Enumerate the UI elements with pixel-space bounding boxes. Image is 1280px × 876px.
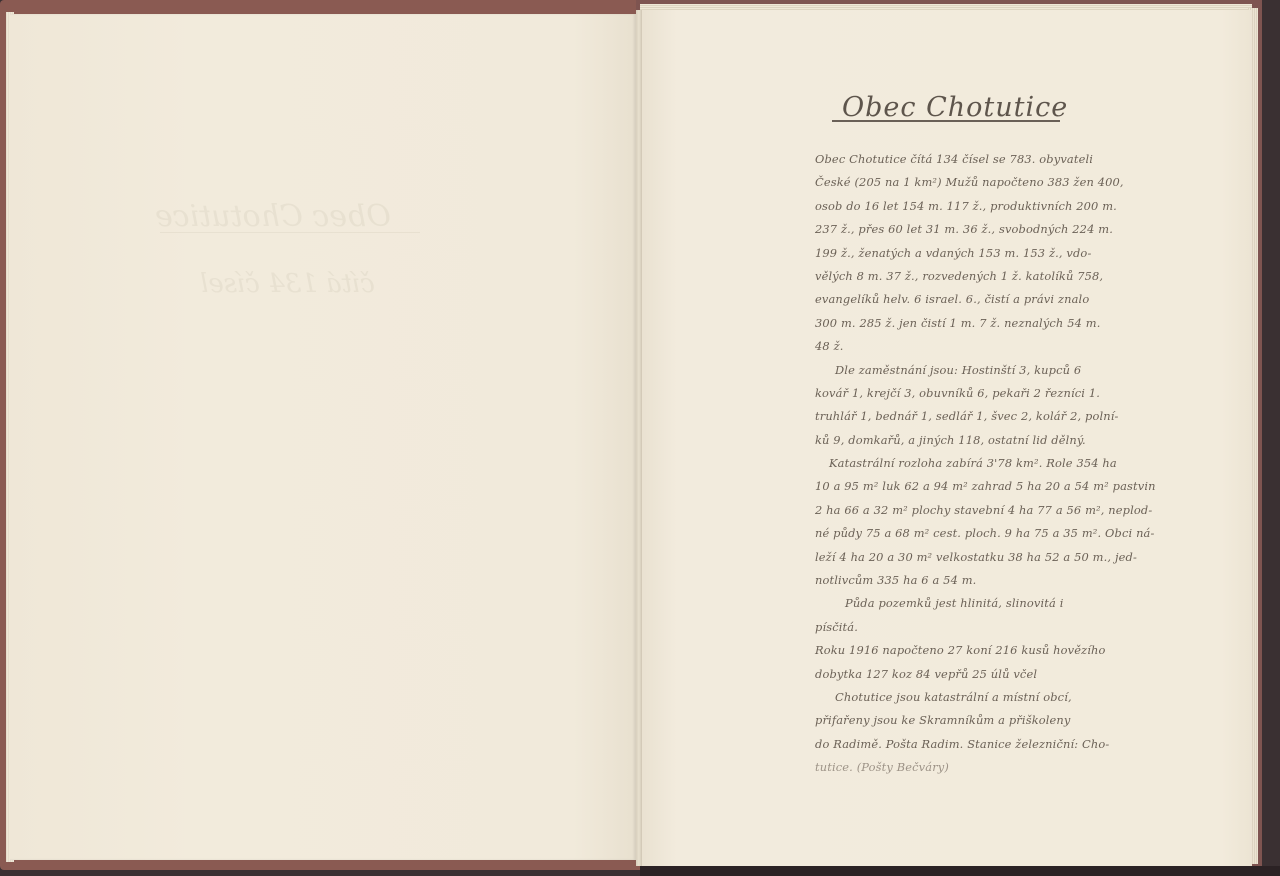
text-line: evangelíků helv. 6 israel. 6., čistí a p… (815, 288, 1227, 311)
text-line: přifařeny jsou ke Skramníkům a přiškolen… (815, 709, 1227, 732)
text-line: České (205 na 1 km²) Mužů napočteno 383 … (815, 171, 1227, 194)
text-line: notlivcům 335 ha 6 a 54 m. (815, 569, 1227, 592)
page-title: Obec Chotutice (842, 92, 1068, 123)
text-line: kovář 1, krejčí 3, obuvníků 6, pekaři 2 … (815, 382, 1227, 405)
text-line: Roku 1916 napočteno 27 koní 216 kusů hov… (815, 639, 1227, 662)
text-line: Dle zaměstnání jsou: Hostinští 3, kupců … (815, 359, 1227, 382)
text-line: 48 ž. (815, 335, 1227, 358)
text-line: 300 m. 285 ž. jen čistí 1 m. 7 ž. neznal… (815, 312, 1227, 335)
text-line: do Radimě. Pošta Radim. Stanice železnič… (815, 733, 1227, 756)
left-page: Obec Chotutice čítá 134 čísel (10, 14, 636, 860)
text-line: truhlář 1, bednář 1, sedlář 1, švec 2, k… (815, 405, 1227, 428)
text-line: Chotutice jsou katastrální a místní obcí… (815, 686, 1227, 709)
text-line: 237 ž., přes 60 let 31 m. 36 ž., svobodn… (815, 218, 1227, 241)
text-line: dobytka 127 koz 84 vepřů 25 úlů včel (815, 663, 1227, 686)
text-line: vělých 8 m. 37 ž., rozvedených 1 ž. kato… (815, 265, 1227, 288)
bleed-through-text: Obec Chotutice (155, 199, 391, 234)
text-line: Půda pozemků jest hlinitá, slinovitá i (815, 592, 1227, 615)
text-line: ků 9, domkařů, a jiných 118, ostatní lid… (815, 429, 1227, 452)
bleed-through-line (160, 232, 420, 233)
text-line: Katastrální rozloha zabírá 3'78 km². Rol… (815, 452, 1227, 475)
text-line: 2 ha 66 a 32 m² plochy stavební 4 ha 77 … (815, 499, 1227, 522)
text-line: né půdy 75 a 68 m² cest. ploch. 9 ha 75 … (815, 522, 1227, 545)
table-shadow (640, 866, 1280, 876)
text-line: tutice. (Pošty Bečváry) (815, 756, 1227, 779)
handwritten-text: Obec Chotutice čítá 134 čísel se 783. ob… (815, 148, 1227, 780)
text-line: 199 ž., ženatých a vdaných 153 m. 153 ž.… (815, 242, 1227, 265)
bleed-through-text: čítá 134 čísel (200, 269, 375, 299)
text-line: 10 a 95 m² luk 62 a 94 m² zahrad 5 ha 20… (815, 475, 1227, 498)
text-line: leží 4 ha 20 a 30 m² velkostatku 38 ha 5… (815, 546, 1227, 569)
title-underline (832, 120, 1060, 122)
text-line: Obec Chotutice čítá 134 čísel se 783. ob… (815, 148, 1227, 171)
text-line: písčitá. (815, 616, 1227, 639)
book-gutter (636, 10, 642, 866)
text-line: osob do 16 let 154 m. 117 ž., produktivn… (815, 195, 1227, 218)
